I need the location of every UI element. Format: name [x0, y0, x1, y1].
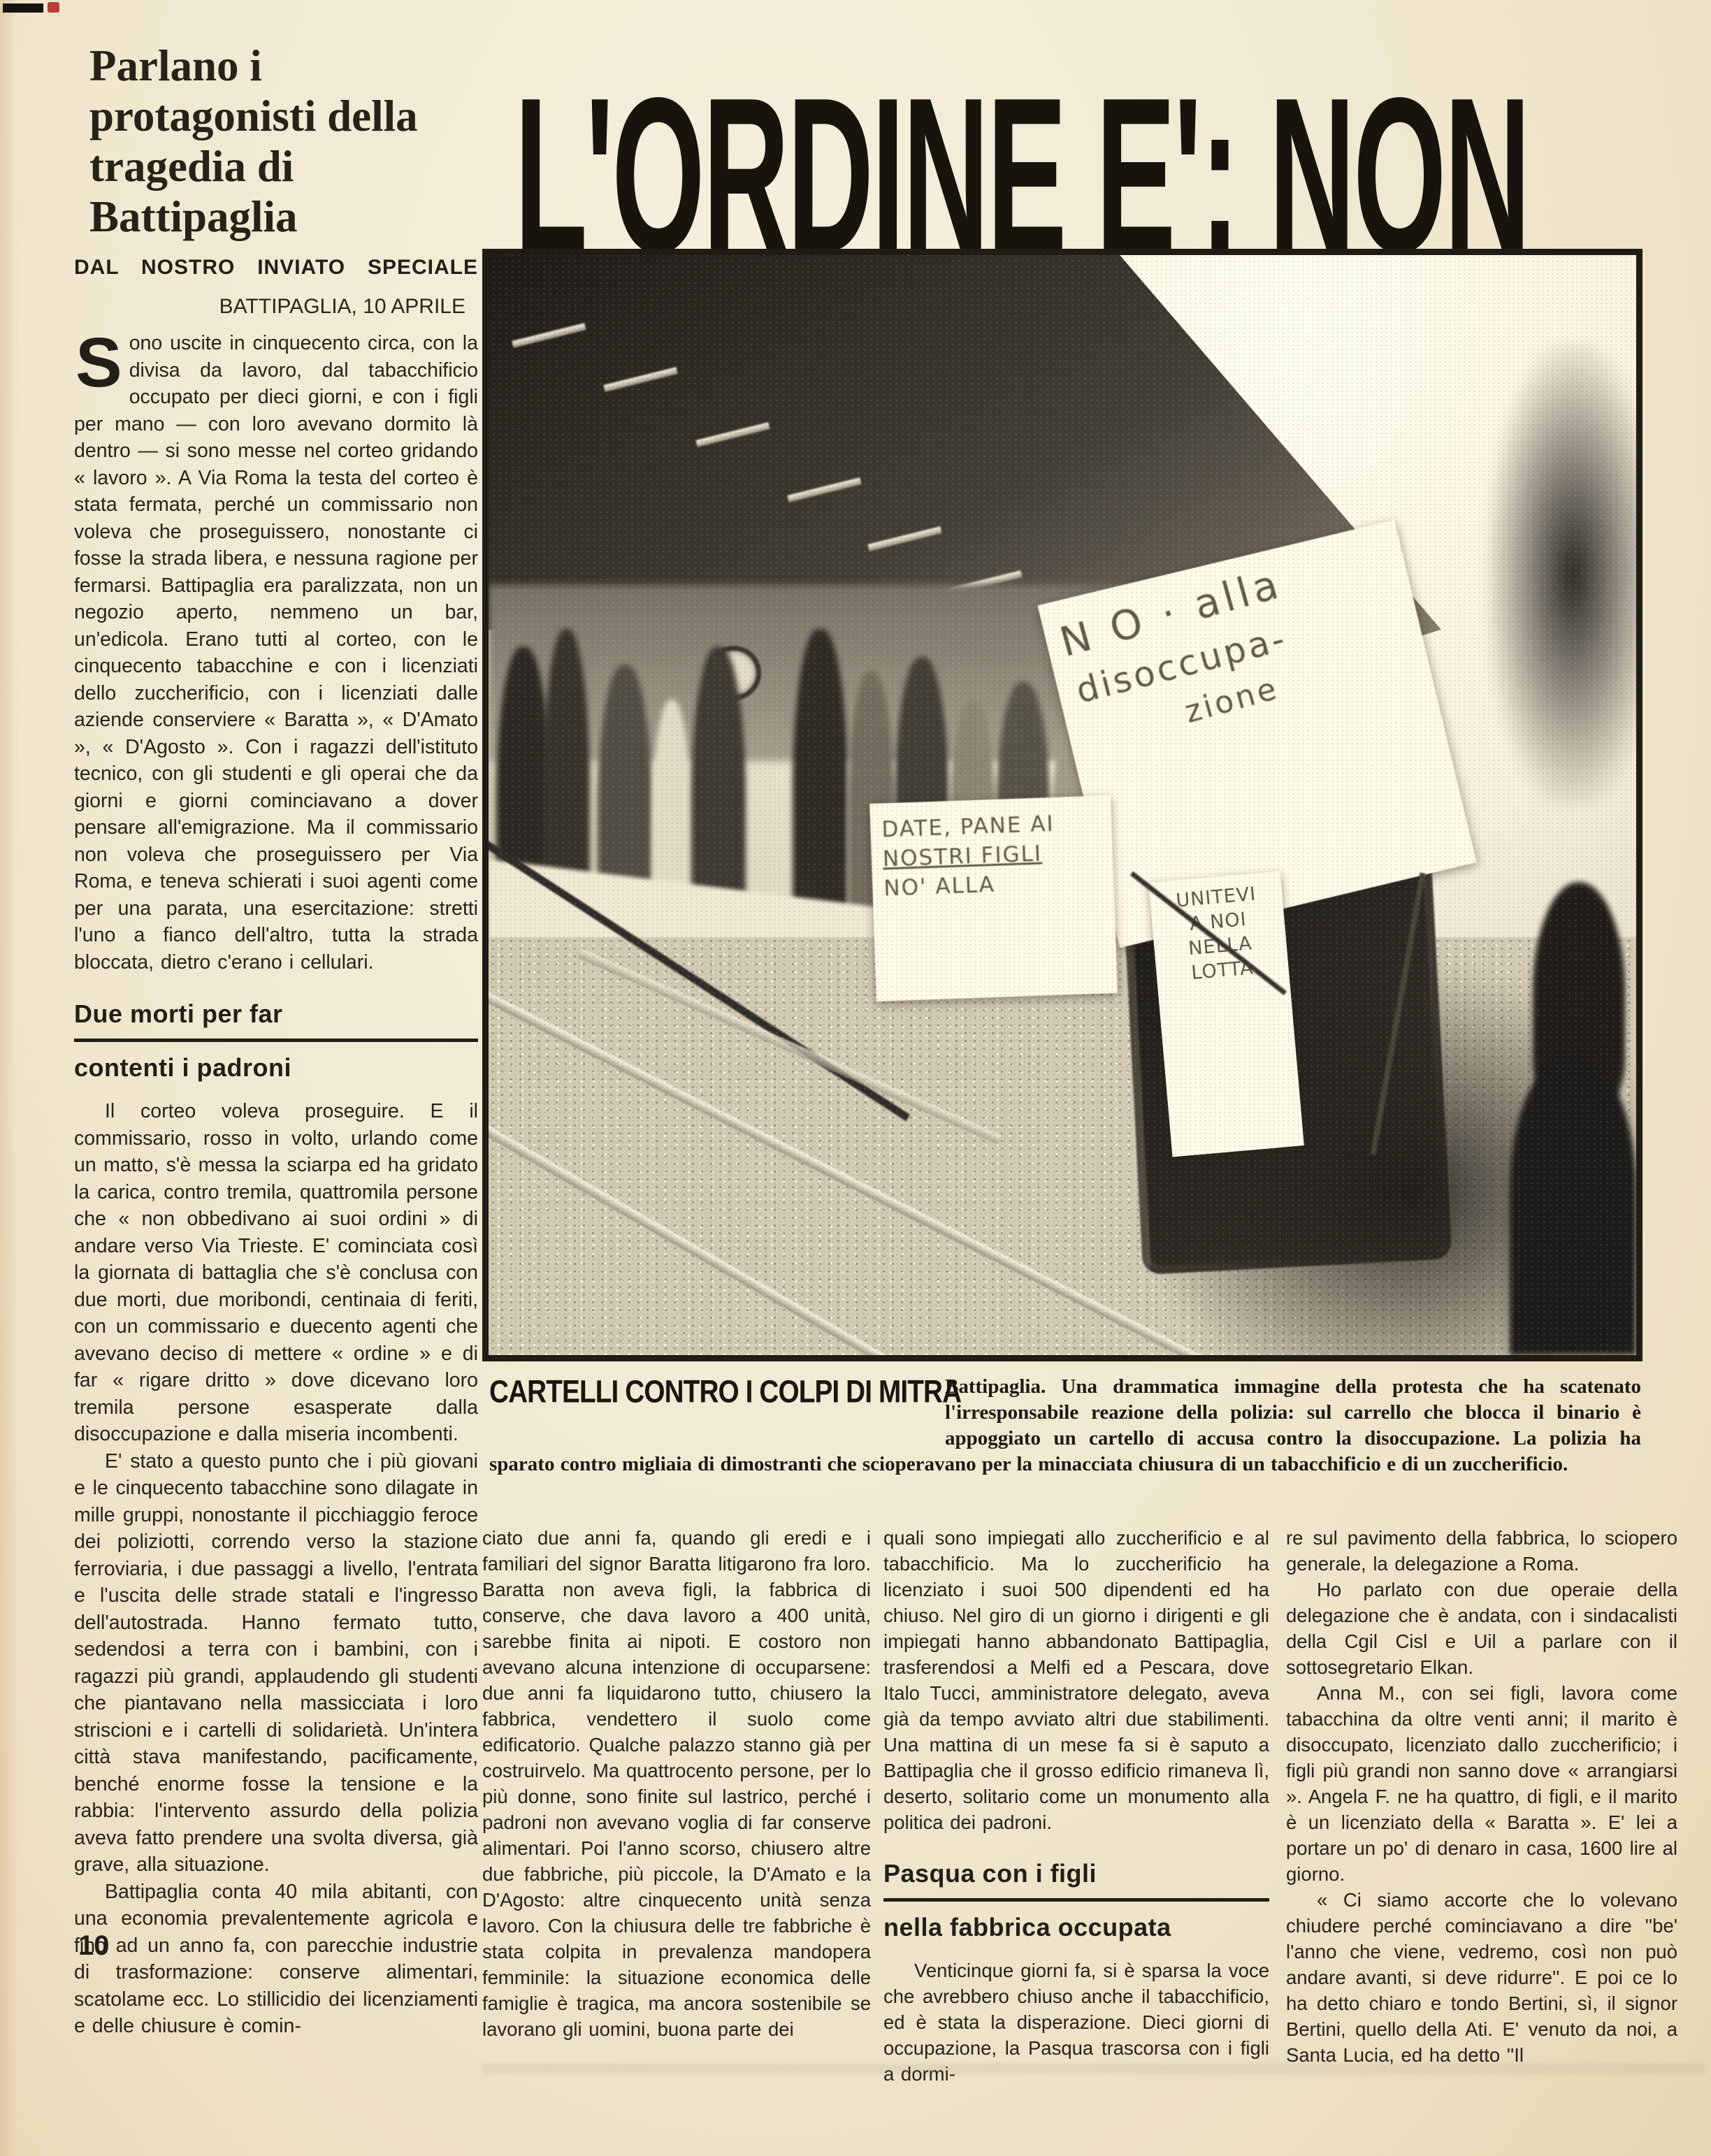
scan-mark-red — [48, 2, 59, 13]
subhead-line: contenti i padroni — [74, 1053, 478, 1083]
subhead-rule — [74, 1039, 478, 1042]
caption-heading-text: CARTELLI CONTRO I COLPI DI MITRA — [489, 1374, 961, 1410]
paragraph: Il corteo voleva proseguire. E il commis… — [74, 1098, 478, 1448]
column-2: ciato due anni fa, quando gli eredi e i … — [482, 1525, 871, 2042]
magazine-page: Parlano i protagonisti della tragedia di… — [0, 0, 1711, 2156]
caption-heading: CARTELLI CONTRO I COLPI DI MITRA — [489, 1374, 945, 1430]
subhead-rule — [883, 1898, 1269, 1902]
subhead-line: Due morti per far — [74, 999, 478, 1029]
kicker: Parlano i protagonisti della tragedia di… — [89, 41, 491, 242]
dateline: BATTIPAGLIA, 10 APRILE — [74, 295, 478, 319]
scan-mark-black — [3, 3, 43, 13]
byline: DAL NOSTRO INVIATO SPECIALE — [74, 256, 478, 280]
subhead-line: Pasqua con i figli — [883, 1859, 1269, 1888]
paragraph: Ho parlato con due operaie della delegaz… — [1286, 1577, 1677, 1680]
photo-grain — [489, 255, 1636, 1355]
paragraph: E' stato a questo punto che i più giovan… — [74, 1448, 478, 1879]
paragraph: re sul pavimento della fabbrica, lo scio… — [1286, 1525, 1677, 1577]
photo: N O · alla disoccupa- zione DATE, PANE A… — [482, 249, 1643, 1361]
page-edge-shade — [0, 0, 18, 2156]
paragraph: Sono uscite in cinquecento circa, con la… — [74, 330, 478, 976]
caption: CARTELLI CONTRO I COLPI DI MITRA Battipa… — [489, 1374, 1641, 1477]
subhead-pasqua: Pasqua con i figli nella fabbrica occupa… — [883, 1859, 1269, 1942]
paragraph: Battipaglia conta 40 mila abitanti, con … — [74, 1879, 478, 2040]
page-number: 10 — [78, 1930, 110, 1962]
paragraph: « Ci siamo accorte che lo volevano chiud… — [1286, 1887, 1677, 2068]
column-3: quali sono impiegati allo zuccherificio … — [883, 1525, 1269, 2087]
subhead-due-morti: Due morti per far contenti i padroni — [74, 999, 478, 1083]
drop-cap: S — [74, 330, 129, 390]
paragraph-text: ono uscite in cinquecento circa, con la … — [74, 332, 478, 974]
scan-band — [482, 2063, 1705, 2074]
paragraph: ciato due anni fa, quando gli eredi e i … — [482, 1525, 871, 2042]
subhead-line: nella fabbrica occupata — [883, 1913, 1269, 1942]
headline: L'ORDINE E': NON — [514, 49, 1710, 245]
paragraph: Anna M., con sei figli, lavora come taba… — [1286, 1680, 1677, 1887]
column-1: DAL NOSTRO INVIATO SPECIALE BATTIPAGLIA,… — [74, 256, 478, 2040]
paragraph: quali sono impiegati allo zuccherificio … — [883, 1525, 1269, 1835]
column-4: re sul pavimento della fabbrica, lo scio… — [1286, 1525, 1677, 2068]
